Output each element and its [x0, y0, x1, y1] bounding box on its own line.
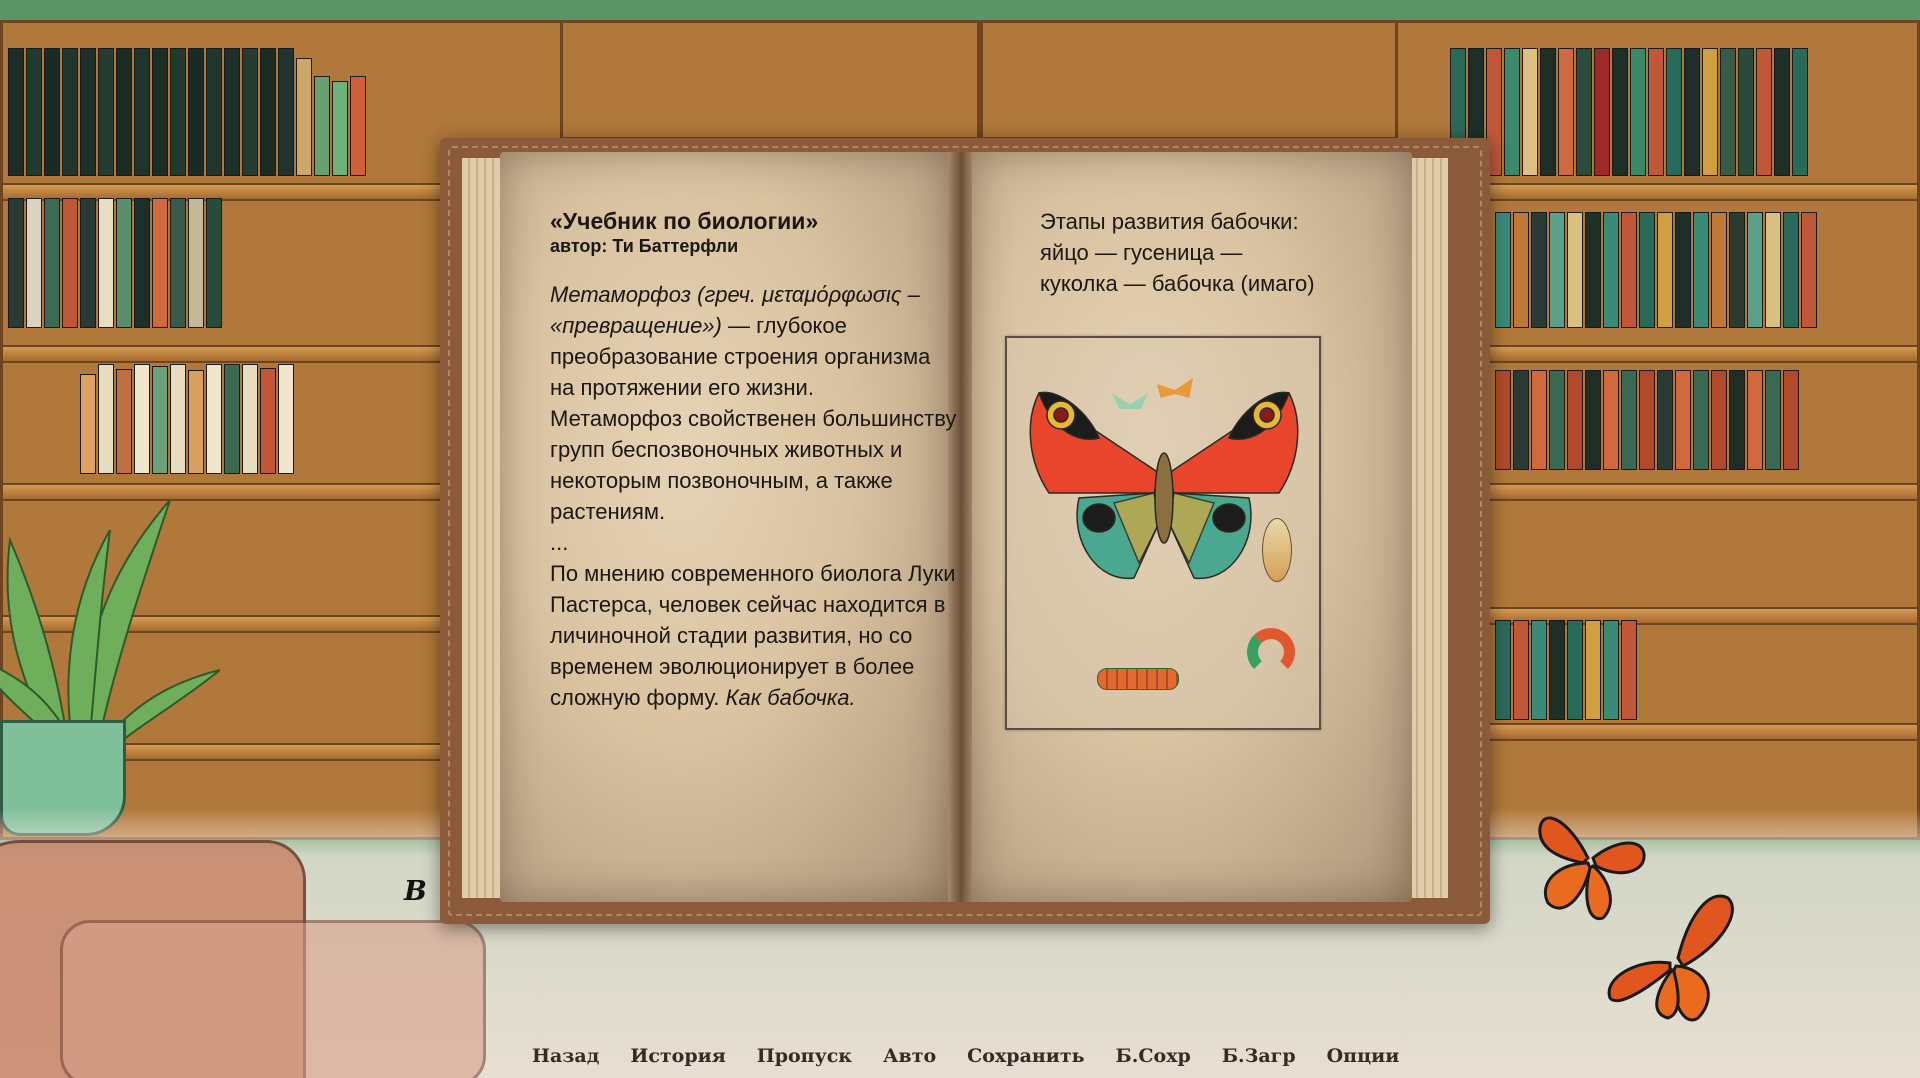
stages-heading: Этапы развития бабочки: — [1040, 206, 1400, 237]
open-textbook: «Учебник по биологии» автор: Ти Баттерфл… — [440, 138, 1490, 924]
quick-menu-save[interactable]: Сохранить — [967, 1045, 1084, 1067]
quick-menu-quick-load[interactable]: Б.Загр — [1222, 1045, 1296, 1067]
curled-caterpillar-icon — [1247, 628, 1295, 676]
book-row — [8, 198, 222, 328]
stages-line-2: куколка — бабочка (имаго) — [1040, 268, 1400, 299]
ottoman-illustration — [60, 920, 486, 1078]
opinion-punchline: Как бабочка. — [726, 685, 856, 710]
book-row — [1450, 48, 1808, 176]
book-row — [1495, 370, 1799, 470]
book-title: «Учебник по биологии» — [550, 208, 960, 235]
quick-menu-skip[interactable]: Пропуск — [757, 1045, 852, 1067]
ellipsis: ... — [550, 527, 960, 558]
quick-menu: Назад История Пропуск Авто Сохранить Б.С… — [532, 1045, 1399, 1067]
stages-line-1: яйцо — гусеница — — [1040, 237, 1400, 268]
book-row — [80, 364, 294, 474]
left-page-text: «Учебник по биологии» автор: Ти Баттерфл… — [550, 208, 960, 713]
caterpillar-icon — [1097, 668, 1179, 690]
quick-menu-back[interactable]: Назад — [532, 1045, 599, 1067]
occurrence-paragraph: Метаморфоз свойственен большинству групп… — [550, 403, 960, 527]
book-row — [8, 48, 366, 176]
book-row — [1495, 212, 1817, 328]
page-edges-right — [1408, 158, 1448, 898]
quick-menu-auto[interactable]: Авто — [883, 1045, 936, 1067]
right-page-text: Этапы развития бабочки: яйцо — гусеница … — [1040, 206, 1400, 299]
monarch-butterfly-icon — [1598, 888, 1748, 1028]
game-scene: В «Учебник по биологии» автор: Ти Баттер… — [0, 0, 1920, 1078]
book-author: автор: Ти Баттерфли — [550, 235, 960, 257]
quick-menu-options[interactable]: Опции — [1327, 1045, 1400, 1067]
dialogue-text: В — [404, 876, 427, 907]
quick-menu-quick-save[interactable]: Б.Сохр — [1116, 1045, 1191, 1067]
butterfly-lifecycle-figure — [1005, 336, 1321, 730]
book-row — [1495, 620, 1637, 720]
quick-menu-history[interactable]: История — [630, 1045, 725, 1067]
opinion-paragraph: По мнению современного биолога Луки Паст… — [550, 558, 960, 713]
definition-paragraph: Метаморфоз (греч. μεταμόρφωσις – «превра… — [550, 279, 960, 403]
bookshelf-center-2 — [980, 20, 1400, 140]
bookshelf-center — [560, 20, 980, 140]
pupa-icon — [1262, 518, 1292, 582]
